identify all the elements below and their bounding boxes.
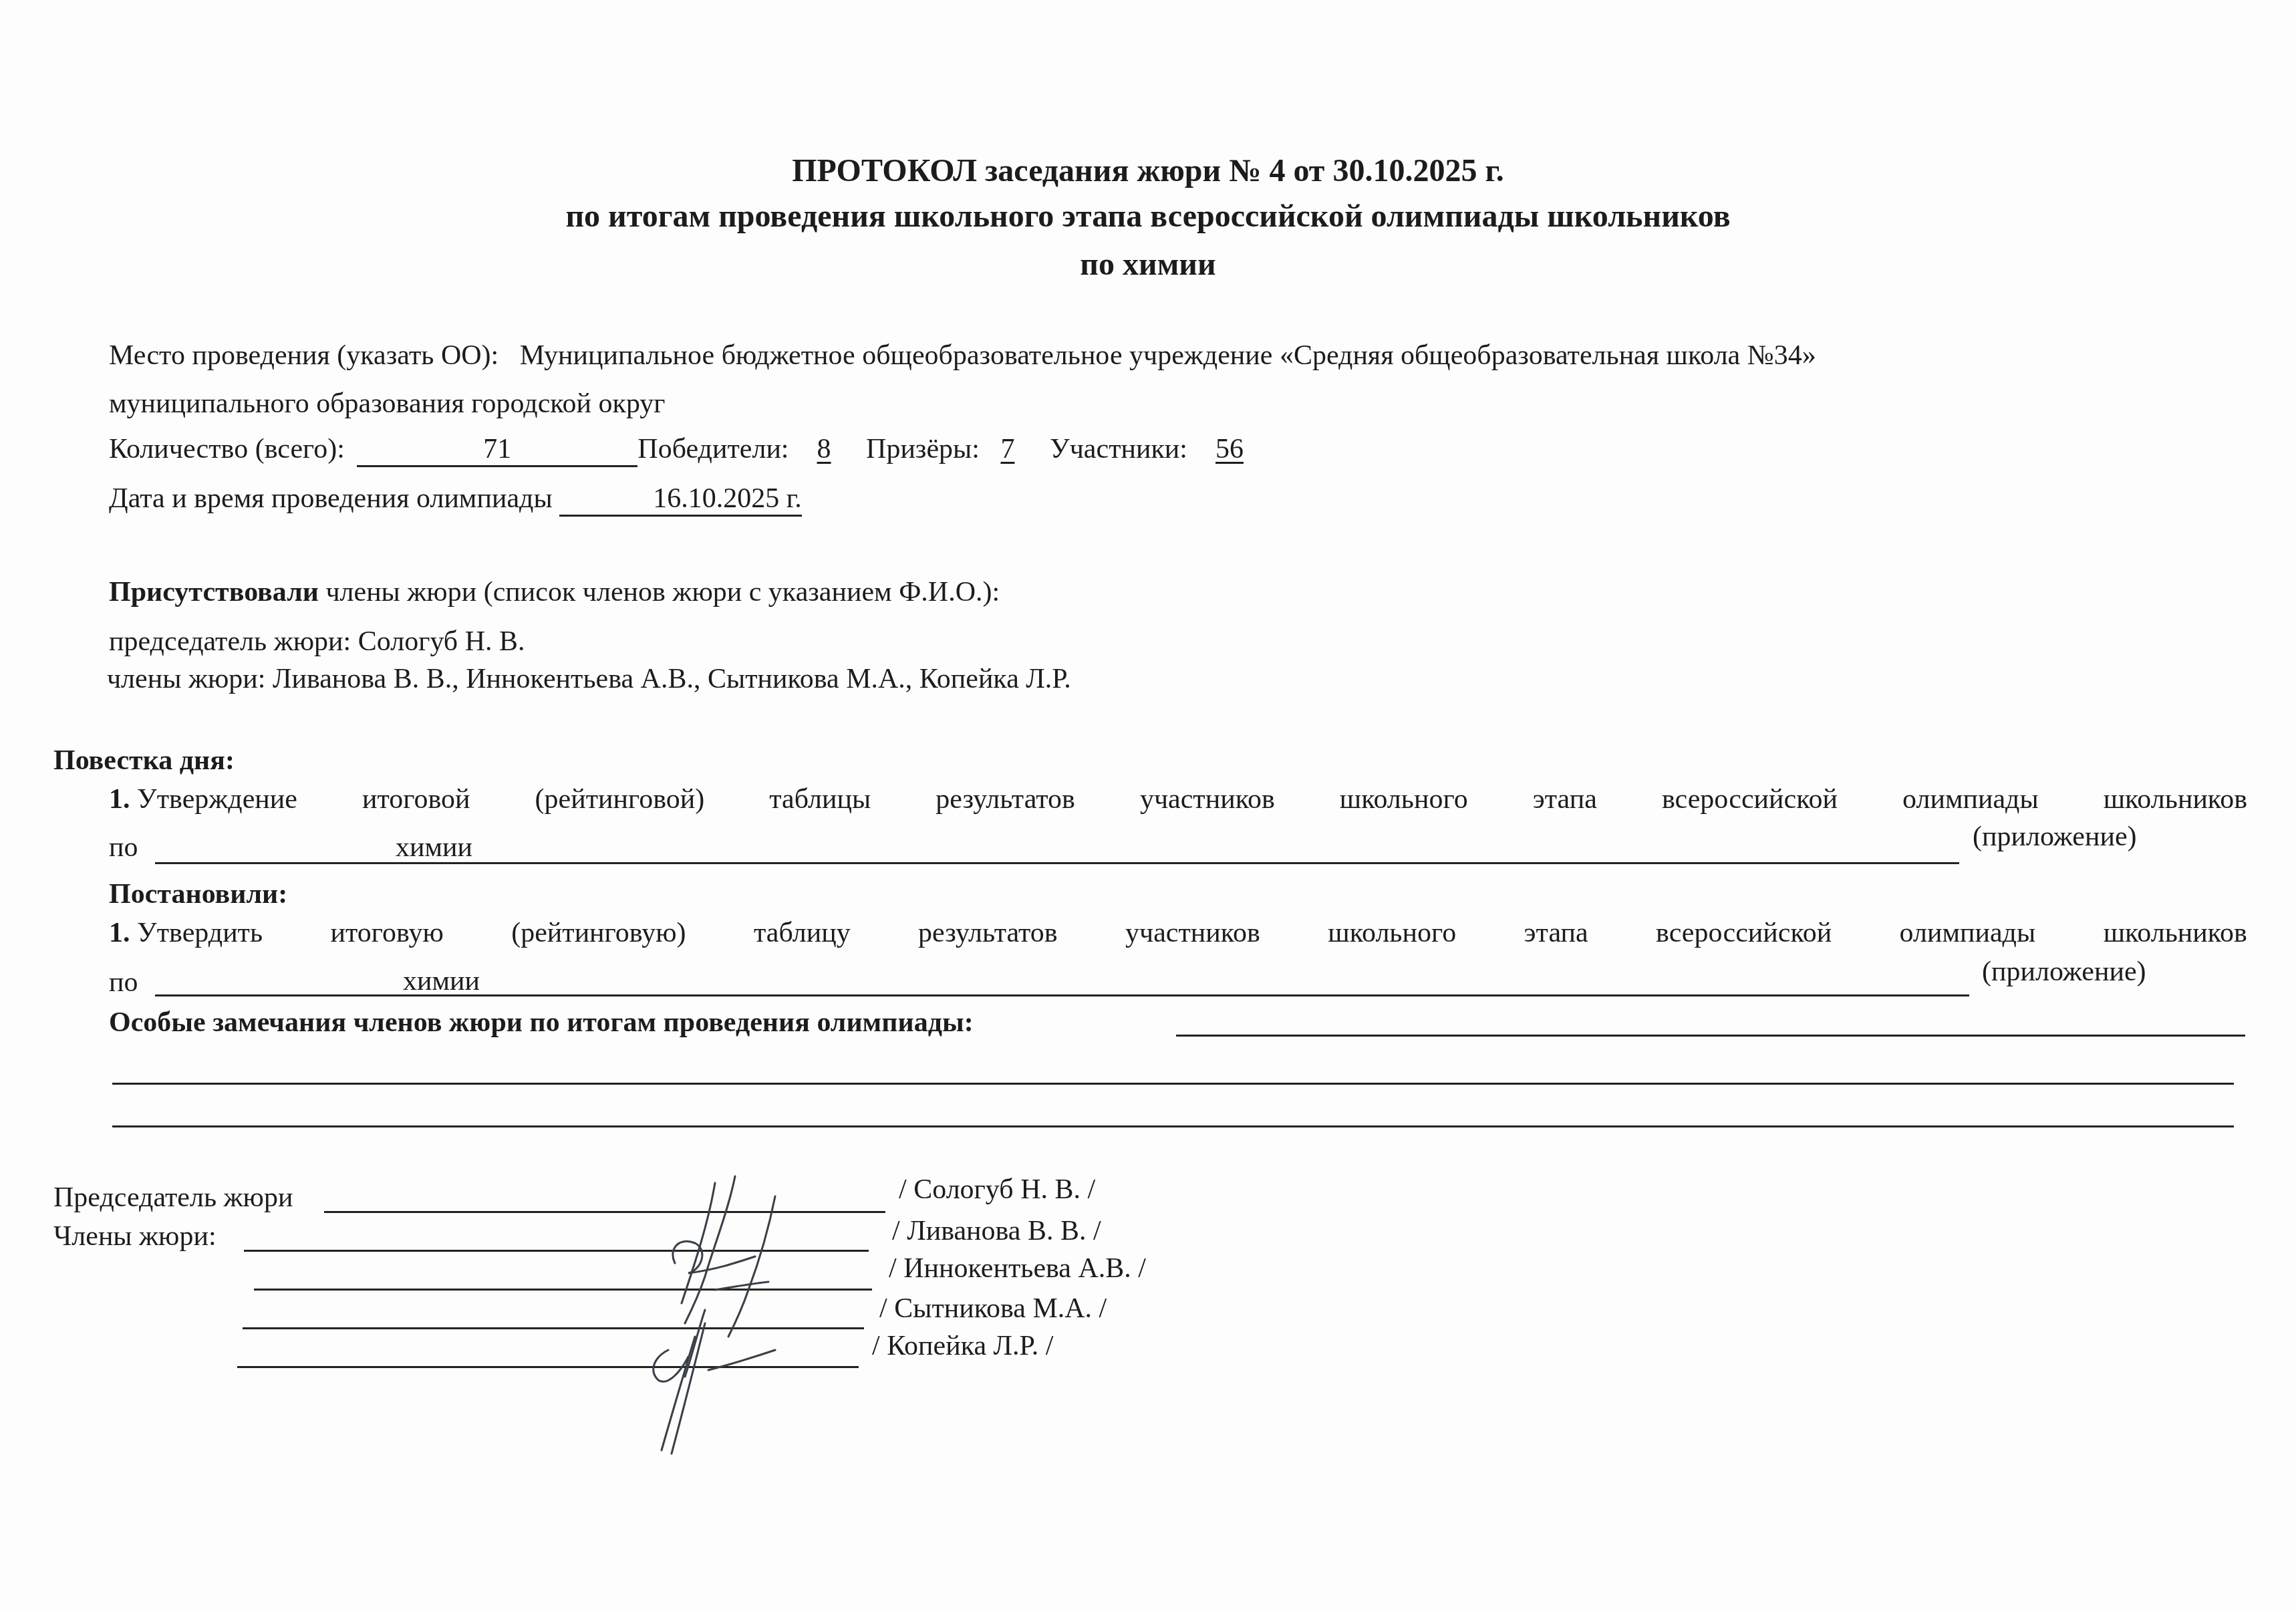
decision-item-number: 1. bbox=[109, 918, 130, 948]
decision-word: олимпиады bbox=[1900, 917, 2036, 949]
agenda-word: олимпиады bbox=[1902, 783, 2039, 815]
decision-word: итоговую bbox=[331, 917, 444, 949]
agenda-word: таблицы bbox=[769, 783, 871, 815]
decision-appendix: (приложение) bbox=[1982, 956, 2146, 988]
decision-word: таблицу bbox=[754, 917, 851, 949]
agenda-heading: Повестка дня: bbox=[53, 745, 235, 777]
winners-value: 8 bbox=[817, 434, 831, 464]
handwritten-signature-icon bbox=[535, 1156, 835, 1457]
agenda-item-number: 1. bbox=[109, 784, 130, 815]
total-value: 71 bbox=[357, 433, 637, 467]
agenda-word: всероссийской bbox=[1662, 783, 1838, 815]
venue-line-1: Место проведения (указать ОО): Муниципал… bbox=[109, 340, 1816, 372]
total-label: Количество (всего): bbox=[109, 434, 345, 464]
decision-word: (рейтинговую) bbox=[511, 917, 686, 949]
decision-po: по bbox=[109, 966, 138, 998]
decision-word: результатов bbox=[918, 917, 1058, 949]
winners-label: Победители: bbox=[637, 434, 788, 464]
remarks-line-2[interactable] bbox=[112, 1083, 2234, 1085]
decision-subject: химии bbox=[403, 965, 480, 997]
participants-value: 56 bbox=[1215, 434, 1244, 464]
decision-heading: Постановили: bbox=[109, 878, 287, 910]
remarks-line-3[interactable] bbox=[112, 1125, 2234, 1127]
decision-word: Утвердить bbox=[137, 918, 263, 948]
decision-word: всероссийской bbox=[1656, 917, 1832, 949]
attendance-heading: Присутствовали bbox=[109, 577, 319, 608]
member-signature-name-2: / Иннокентьева А.В. / bbox=[889, 1252, 1146, 1285]
agenda-item-start: 1. Утверждение bbox=[109, 783, 297, 815]
decision-item-start: 1. Утвердить bbox=[109, 917, 263, 949]
members-signature-label: Члены жюри: bbox=[53, 1220, 217, 1252]
protocol-subject: по химии bbox=[0, 246, 2296, 283]
prize-value: 7 bbox=[1000, 434, 1014, 464]
decision-word: школьного bbox=[1328, 917, 1456, 949]
agenda-word: этапа bbox=[1533, 783, 1597, 815]
date-label: Дата и время проведения олимпиады bbox=[109, 483, 553, 514]
chair-signature-label: Председатель жюри bbox=[53, 1182, 293, 1214]
agenda-appendix: (приложение) bbox=[1973, 821, 2137, 853]
prize-label: Призёры: bbox=[866, 434, 980, 464]
attendance-heading-row: Присутствовали члены жюри (список членов… bbox=[109, 576, 1000, 608]
venue-label: Место проведения (указать ОО): bbox=[109, 340, 498, 371]
protocol-title: ПРОТОКОЛ заседания жюри № 4 от 30.10.202… bbox=[0, 152, 2296, 189]
chair-signature-name: / Сологуб Н. В. / bbox=[899, 1174, 1095, 1206]
agenda-word: (рейтинговой) bbox=[535, 783, 705, 815]
remarks-line-1[interactable] bbox=[1176, 1035, 2245, 1037]
agenda-item-1: 1. Утверждение итоговой (рейтинговой) та… bbox=[109, 783, 2247, 815]
decision-word: школьников bbox=[2104, 917, 2247, 949]
protocol-subtitle: по итогам проведения школьного этапа все… bbox=[0, 198, 2296, 235]
agenda-po: по bbox=[109, 831, 138, 863]
member-signature-name-4: / Копейка Л.Р. / bbox=[872, 1330, 1053, 1362]
member-signature-name-3: / Сытникова М.А. / bbox=[879, 1293, 1107, 1325]
date-row: Дата и время проведения олимпиады 16.10.… bbox=[109, 483, 802, 517]
agenda-word: результатов bbox=[936, 783, 1075, 815]
venue-value: Муниципальное бюджетное общеобразователь… bbox=[520, 340, 1816, 371]
decision-word: участников bbox=[1125, 917, 1260, 949]
date-value: 16.10.2025 г. bbox=[559, 483, 802, 517]
counts-row: Количество (всего): 71Победители: 8 Приз… bbox=[109, 433, 1244, 467]
decision-word: этапа bbox=[1524, 917, 1588, 949]
attendance-heading-rest: члены жюри (список членов жюри с указани… bbox=[319, 577, 1000, 608]
agenda-word: участников bbox=[1140, 783, 1275, 815]
jury-members: члены жюри: Ливанова В. В., Иннокентьева… bbox=[107, 663, 1071, 695]
remarks-heading: Особые замечания членов жюри по итогам п… bbox=[109, 1007, 974, 1039]
jury-chair: председатель жюри: Сологуб Н. В. bbox=[109, 626, 525, 658]
agenda-word: Утверждение bbox=[137, 784, 297, 815]
decision-item-1: 1. Утвердить итоговую (рейтинговую) табл… bbox=[109, 917, 2247, 949]
venue-value-line-2: муниципального образования городской окр… bbox=[109, 388, 666, 420]
agenda-word: школьников bbox=[2104, 783, 2247, 815]
agenda-subject: химии bbox=[396, 831, 472, 863]
participants-label: Участники: bbox=[1050, 434, 1187, 464]
member-signature-name-1: / Ливанова В. В. / bbox=[892, 1215, 1101, 1247]
agenda-word: школьного bbox=[1340, 783, 1468, 815]
agenda-word: итоговой bbox=[362, 783, 470, 815]
